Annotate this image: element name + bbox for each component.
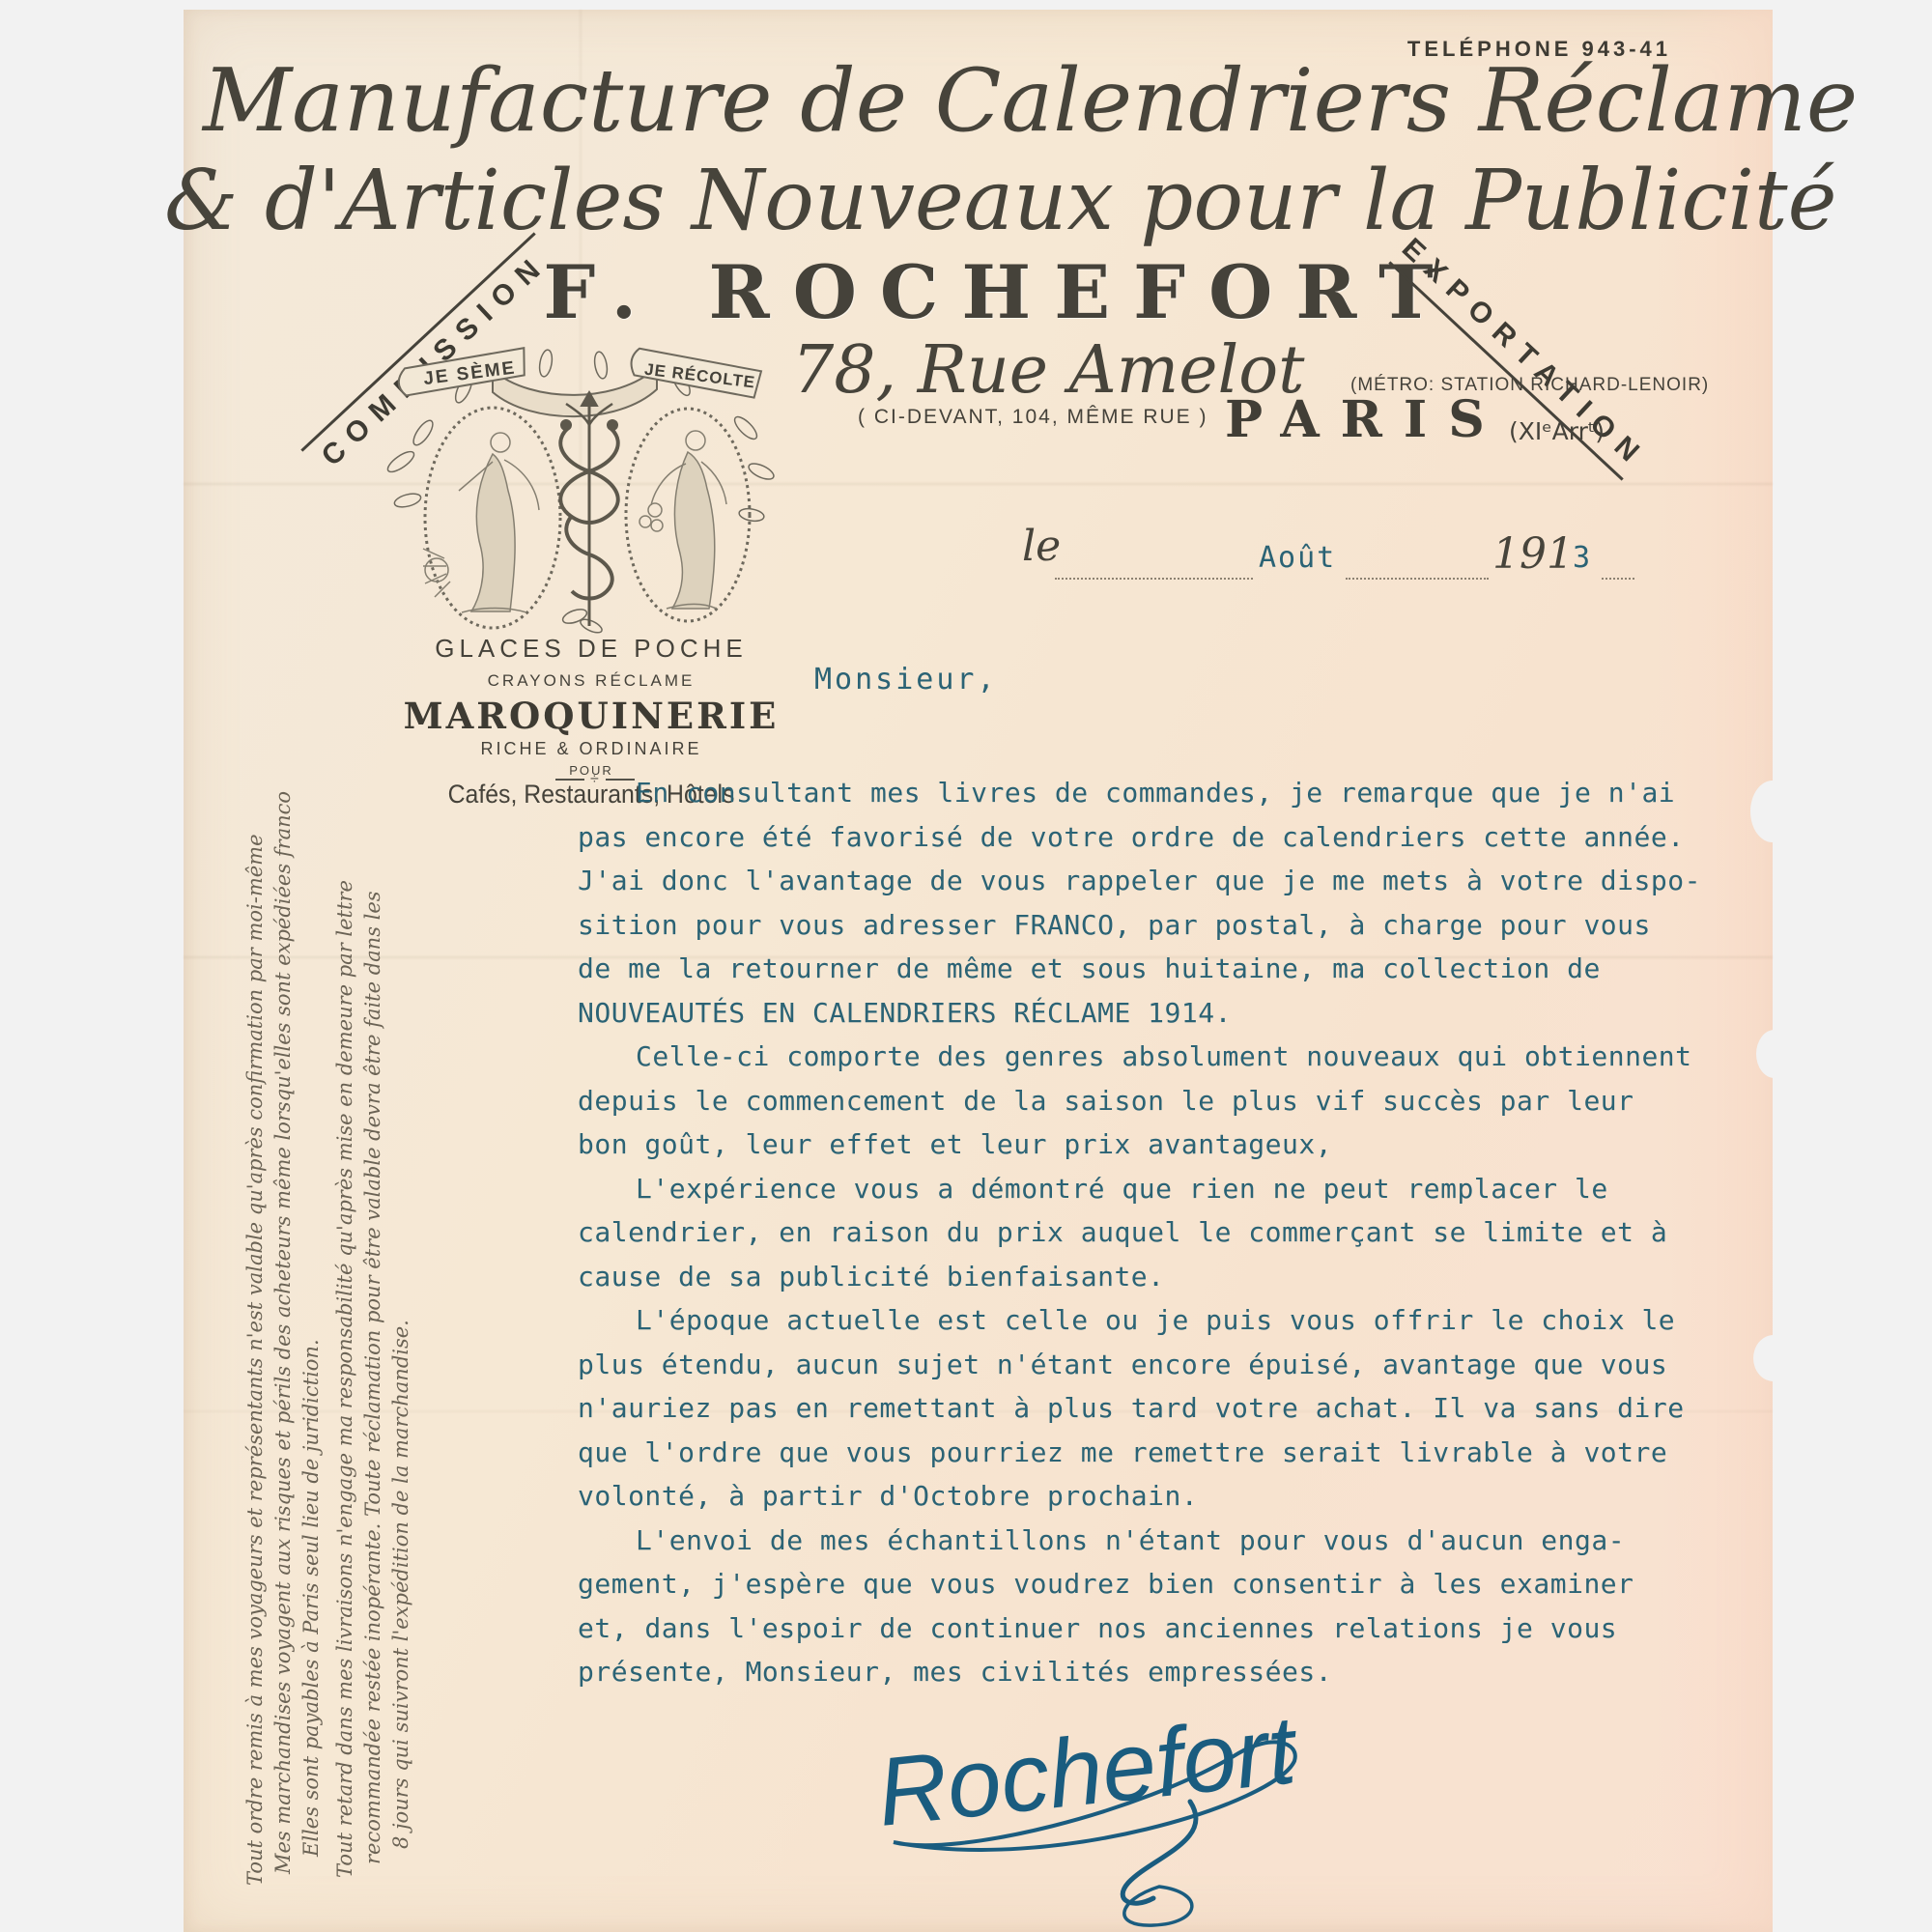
date-dotted-line: [1346, 576, 1489, 580]
company-name: F. ROCHEFORT: [522, 249, 1478, 335]
body-line: Celle-ci comporte des genres absolument …: [578, 1035, 1698, 1079]
body-line: que l'ordre que vous pourriez me remettr…: [578, 1431, 1698, 1475]
body-line: J'ai donc l'avantage de vous rappeler qu…: [578, 859, 1698, 903]
signature: Rochefort: [821, 1657, 1401, 1927]
signature-name: Rochefort: [872, 1695, 1304, 1847]
product-line: MAROQUINERIE: [398, 695, 784, 737]
body-line: de me la retourner de même et sous huita…: [578, 947, 1698, 991]
address-district: (XIᵉArrᵗ): [1509, 417, 1605, 445]
body-line: et, dans l'espoir de continuer nos ancie…: [578, 1606, 1698, 1651]
sale-conditions-sidebar: Tout ordre remis à mes voyageurs et repr…: [241, 751, 415, 1886]
product-line: CRAYONS RÉCLAME: [398, 671, 784, 691]
body-line: bon goût, leur effet et leur prix avanta…: [578, 1122, 1698, 1167]
date-year-typed: 3: [1573, 541, 1590, 575]
condition-line: Mes marchandises voyagent aux risques et…: [270, 751, 298, 1886]
condition-line: Tout ordre remis à mes voyageurs et repr…: [241, 751, 270, 1886]
product-line: GLACES DE POCHE: [398, 634, 784, 664]
caduceus-icon: [560, 392, 617, 626]
body-line: volonté, à partir d'Octobre prochain.: [578, 1474, 1698, 1519]
body-line: pas encore été favorisé de votre ordre d…: [578, 815, 1698, 860]
body-line: n'auriez pas en remettant à plus tard vo…: [578, 1386, 1698, 1431]
date-month-typed: Août: [1259, 541, 1336, 575]
paper-tear: [1750, 781, 1795, 842]
salutation: Monsieur,: [814, 663, 998, 696]
date-le-label: le: [1022, 522, 1061, 571]
body-line: NOUVEAUTÉS EN CALENDRIERS RÉCLAME 1914.: [578, 991, 1698, 1036]
date-year-printed: 191: [1492, 529, 1574, 579]
condition-line: Tout retard dans mes livraisons n'engage…: [331, 751, 359, 1886]
date-dotted-line: [1602, 576, 1634, 580]
body-line: En consultant mes livres de commandes, j…: [578, 771, 1698, 815]
body-line: gement, j'espère que vous voudrez bien c…: [578, 1562, 1698, 1606]
product-line: RICHE & ORDINAIRE: [398, 739, 784, 759]
scanned-letter-page: { "header": { "telephone": "TELÉPHONE 94…: [0, 0, 1932, 1932]
condition-line: recommandée restée inopérante. Toute réc…: [359, 751, 387, 1886]
body-line: cause de sa publicité bienfaisante.: [578, 1255, 1698, 1299]
body-line: depuis le commencement de la saison le p…: [578, 1079, 1698, 1123]
letter-body: En consultant mes livres de commandes, j…: [578, 771, 1698, 1694]
sower-vignette: [423, 408, 560, 628]
letterhead-title-line1: Manufacture de Calendriers Réclame: [203, 50, 1748, 152]
harvest-vignette: [626, 409, 750, 621]
body-line: L'envoi de mes échantillons n'étant pour…: [578, 1519, 1698, 1563]
body-line: sition pour vous adresser FRANCO, par po…: [578, 903, 1698, 948]
letterhead-emblem: JE SÈME JE RÉCOLTE: [348, 336, 802, 650]
body-line: plus étendu, aucun sujet n'étant encore …: [578, 1343, 1698, 1387]
body-line: L'expérience vous a démontré que rien ne…: [578, 1167, 1698, 1211]
condition-line: 8 jours qui suivront l'expédition de la …: [387, 751, 415, 1886]
body-line: L'époque actuelle est celle ou je puis v…: [578, 1298, 1698, 1343]
address-city: PARIS: [1225, 390, 1506, 449]
paper-tear: [1753, 1335, 1794, 1381]
letterhead-title-line2: & d'Articles Nouveaux pour la Publicité: [164, 153, 1768, 249]
condition-line: Elles sont payables à Paris seul lieu de…: [298, 751, 326, 1886]
paper-tear: [1756, 1030, 1793, 1078]
body-line: calendrier, en raison du prix auquel le …: [578, 1210, 1698, 1255]
date-dotted-line: [1055, 576, 1253, 580]
address-former: ( CI-DEVANT, 104, MÊME RUE ): [858, 406, 1208, 429]
